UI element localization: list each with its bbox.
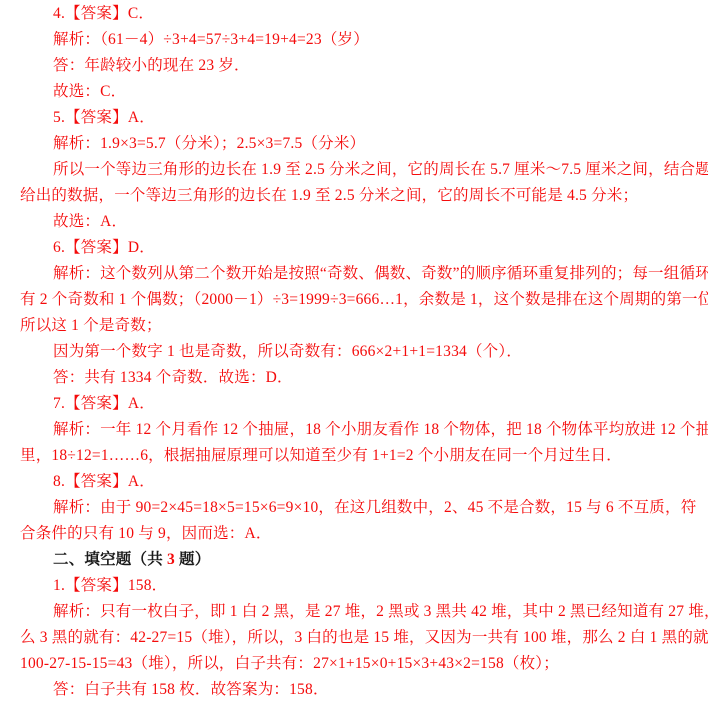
text-line: 故选：A．	[20, 209, 708, 235]
text-line: 所以一个等边三角形的边长在 1.9 至 2.5 分米之间，它的周长在 5.7 厘…	[20, 157, 708, 183]
text-segment: 给出的数据，一个等边三角形的边长在 1.9 至 2.5 分米之间，它的周长不可能…	[20, 187, 638, 204]
text-line: 所以这 1 个是奇数；	[20, 313, 708, 339]
text-segment: 故选：A．	[53, 213, 127, 230]
text-segment: 所以这 1 个是奇数；	[20, 317, 162, 334]
text-line: 故选：C．	[20, 79, 708, 105]
text-line: 7.【答案】A．	[20, 391, 708, 417]
text-segment: 解析：这个数列从第二个数开始是按照“奇数、偶数、奇数”的顺序循环重复排列的；每一…	[53, 265, 708, 282]
text-segment: 4.【答案】C．	[53, 5, 154, 22]
text-line: 答：共有 1334 个奇数．故选：D．	[20, 365, 708, 391]
text-line: 1.【答案】158．	[20, 573, 708, 599]
text-line: 5.【答案】A．	[20, 105, 708, 131]
text-line: 有 2 个奇数和 1 个偶数；（2000－1）÷3=1999÷3=666…1，余…	[20, 287, 708, 313]
text-line: 二、填空题（共 3 题）	[20, 547, 708, 573]
text-segment: 5.【答案】A．	[53, 109, 155, 126]
text-line: 么 3 黑的就有：42-27=15（堆），所以，3 白的也是 15 堆，又因为一…	[20, 625, 708, 651]
text-segment: 解析：只有一枚白子，即 1 白 2 黑，是 27 堆，2 黑或 3 黑共 42 …	[53, 603, 708, 620]
text-segment: 所以一个等边三角形的边长在 1.9 至 2.5 分米之间，它的周长在 5.7 厘…	[53, 161, 708, 178]
text-line: 解析：（61－4）÷3+4=57÷3+4=19+4=23（岁）	[20, 27, 708, 53]
text-segment: 解析：一年 12 个月看作 12 个抽屉，18 个小朋友看作 18 个物体，把 …	[53, 421, 708, 438]
text-segment: 里，18÷12=1……6，根据抽屉原理可以知道至少有 1+1=2 个小朋友在同一…	[20, 447, 622, 464]
text-line: 解析：只有一枚白子，即 1 白 2 黑，是 27 堆，2 黑或 3 黑共 42 …	[20, 599, 708, 625]
document-body: 4.【答案】C．解析：（61－4）÷3+4=57÷3+4=19+4=23（岁）答…	[20, 1, 708, 703]
answer-key-page: 4.【答案】C．解析：（61－4）÷3+4=57÷3+4=19+4=23（岁）答…	[0, 0, 720, 703]
text-segment: 故选：C．	[53, 83, 126, 100]
text-line: 解析：一年 12 个月看作 12 个抽屉，18 个小朋友看作 18 个物体，把 …	[20, 417, 708, 443]
text-segment: 题）	[175, 551, 210, 568]
text-line: 4.【答案】C．	[20, 1, 708, 27]
text-line: 解析：这个数列从第二个数开始是按照“奇数、偶数、奇数”的顺序循环重复排列的；每一…	[20, 261, 708, 287]
text-segment: 3	[167, 551, 175, 568]
text-segment: 二、填空题（共	[53, 551, 167, 568]
text-segment: 合条件的只有 10 与 9，因而选：A．	[20, 525, 272, 542]
text-line: 8.【答案】A．	[20, 469, 708, 495]
text-line: 合条件的只有 10 与 9，因而选：A．	[20, 521, 708, 547]
text-segment: 6.【答案】D．	[53, 239, 155, 256]
text-segment: 100-27-15-15=43（堆），所以，白子共有：27×1+15×0+15×…	[20, 655, 559, 672]
text-line: 6.【答案】D．	[20, 235, 708, 261]
text-segment: 答：白子共有 158 枚．故答案为：158．	[53, 681, 329, 698]
text-line: 给出的数据，一个等边三角形的边长在 1.9 至 2.5 分米之间，它的周长不可能…	[20, 183, 708, 209]
text-segment: 解析：由于 90=2×45=18×5=15×6=9×10，在这几组数中，2、45…	[53, 499, 696, 516]
text-segment: 有 2 个奇数和 1 个偶数；（2000－1）÷3=1999÷3=666…1，余…	[20, 291, 708, 308]
text-segment: 因为第一个数字 1 也是奇数，所以奇数有：666×2+1+1=1334（个）．	[53, 343, 522, 360]
text-line: 100-27-15-15=43（堆），所以，白子共有：27×1+15×0+15×…	[20, 651, 708, 677]
text-line: 里，18÷12=1……6，根据抽屉原理可以知道至少有 1+1=2 个小朋友在同一…	[20, 443, 708, 469]
text-line: 解析：1.9×3=5.7（分米）；2.5×3=7.5（分米）	[20, 131, 708, 157]
text-line: 解析：由于 90=2×45=18×5=15×6=9×10，在这几组数中，2、45…	[20, 495, 708, 521]
text-segment: 7.【答案】A．	[53, 395, 155, 412]
text-segment: 答：年龄较小的现在 23 岁．	[53, 57, 250, 74]
text-line: 答：白子共有 158 枚．故答案为：158．	[20, 677, 708, 703]
text-segment: 解析：1.9×3=5.7（分米）；2.5×3=7.5（分米）	[53, 135, 365, 152]
text-line: 因为第一个数字 1 也是奇数，所以奇数有：666×2+1+1=1334（个）．	[20, 339, 708, 365]
text-segment: 解析：（61－4）÷3+4=57÷3+4=19+4=23（岁）	[53, 31, 369, 48]
text-line: 答：年龄较小的现在 23 岁．	[20, 53, 708, 79]
text-segment: 么 3 黑的就有：42-27=15（堆），所以，3 白的也是 15 堆，又因为一…	[20, 629, 708, 646]
text-segment: 答：共有 1334 个奇数．故选：D．	[53, 369, 293, 386]
text-segment: 8.【答案】A．	[53, 473, 155, 490]
text-segment: 1.【答案】158．	[53, 577, 167, 594]
